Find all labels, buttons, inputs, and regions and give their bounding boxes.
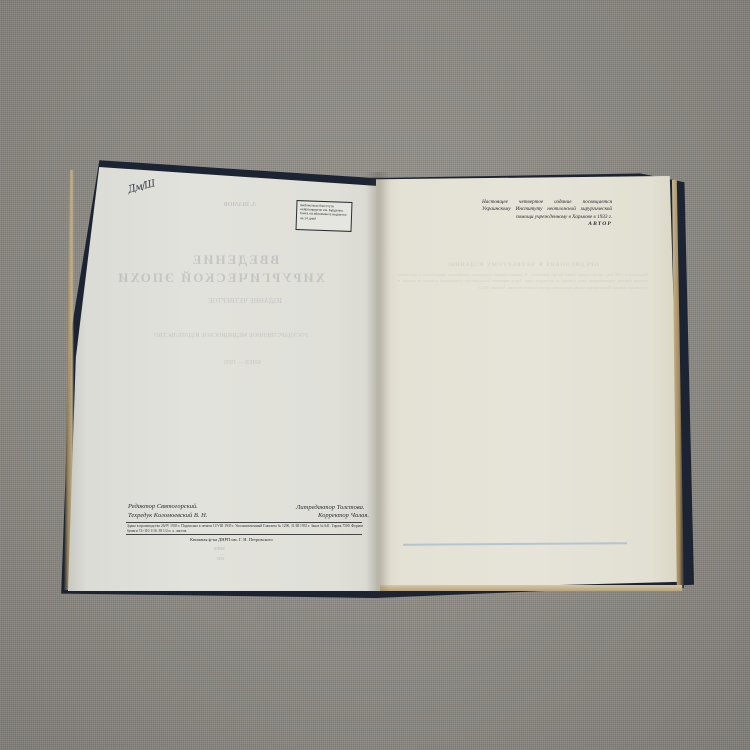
imprint-bleed-mark: КИЕВ — 1935 <box>214 546 225 561</box>
preface-bleed-through: ПРЕДИСЛОВИЕ К ЧЕТВЕРТОМУ ИЗДАНИЮ Вышедше… <box>398 262 648 442</box>
imprint-printer: Книжная ф-ка ДНРП им. Г. И. Петровского <box>190 537 273 542</box>
imprint-editor: Редактор Святогорский. <box>128 503 198 510</box>
imprint-lit-editor: Литредактор Толстова. <box>296 504 365 511</box>
dedication-text: Настоящее четвертое издание посвящается … <box>482 199 612 220</box>
preface-bleed-body: Вышедшее в 1930 году третье издание книг… <box>398 272 648 289</box>
bleed-publisher: ГОСУДАРСТВЕННОЕ МЕДИЦИНСКОЕ ИЗДАТЕЛЬСТВО <box>178 333 308 339</box>
book-gutter-shadow <box>366 172 390 592</box>
imprint-rule-bottom <box>126 534 362 535</box>
bleed-subtitle: ИЗДАНИЕ ЧЕТВЕРТОЕ <box>190 297 300 305</box>
right-page-bottom-edge <box>380 585 682 591</box>
imprint-corrector: Корректор Чалая. <box>318 512 369 519</box>
bleed-title-line2: ХИРУРГИЧЕСКОЙ ЭПОХИ <box>140 270 325 286</box>
imprint-details: Здано в производство 26/IV 1935 г. Подпи… <box>127 524 363 533</box>
imprint-tech-editor: Техредук Коломоевский В. Н. <box>128 512 207 519</box>
imprint-rule-top <box>126 522 362 523</box>
dedication: Настоящее четвертое издание посвящается … <box>482 199 612 229</box>
bleed-title-line1: ВВЕДЕНИЕ <box>160 252 310 268</box>
bleed-year: КИЕВ — 1935 <box>200 360 285 366</box>
library-stamp: Библиотека Института нейрохирургии им. Б… <box>295 200 352 232</box>
photo-scene: Дм/Ш А. ШАМОВ ВВЕДЕНИЕ ХИРУРГИЧЕСКОЙ ЭПО… <box>0 0 750 750</box>
bleed-author: А. ШАМОВ <box>200 202 280 208</box>
dedication-signature: АВТОР <box>482 221 612 228</box>
preface-bleed-title: ПРЕДИСЛОВИЕ К ЧЕТВЕРТОМУ ИЗДАНИЮ <box>398 262 648 268</box>
